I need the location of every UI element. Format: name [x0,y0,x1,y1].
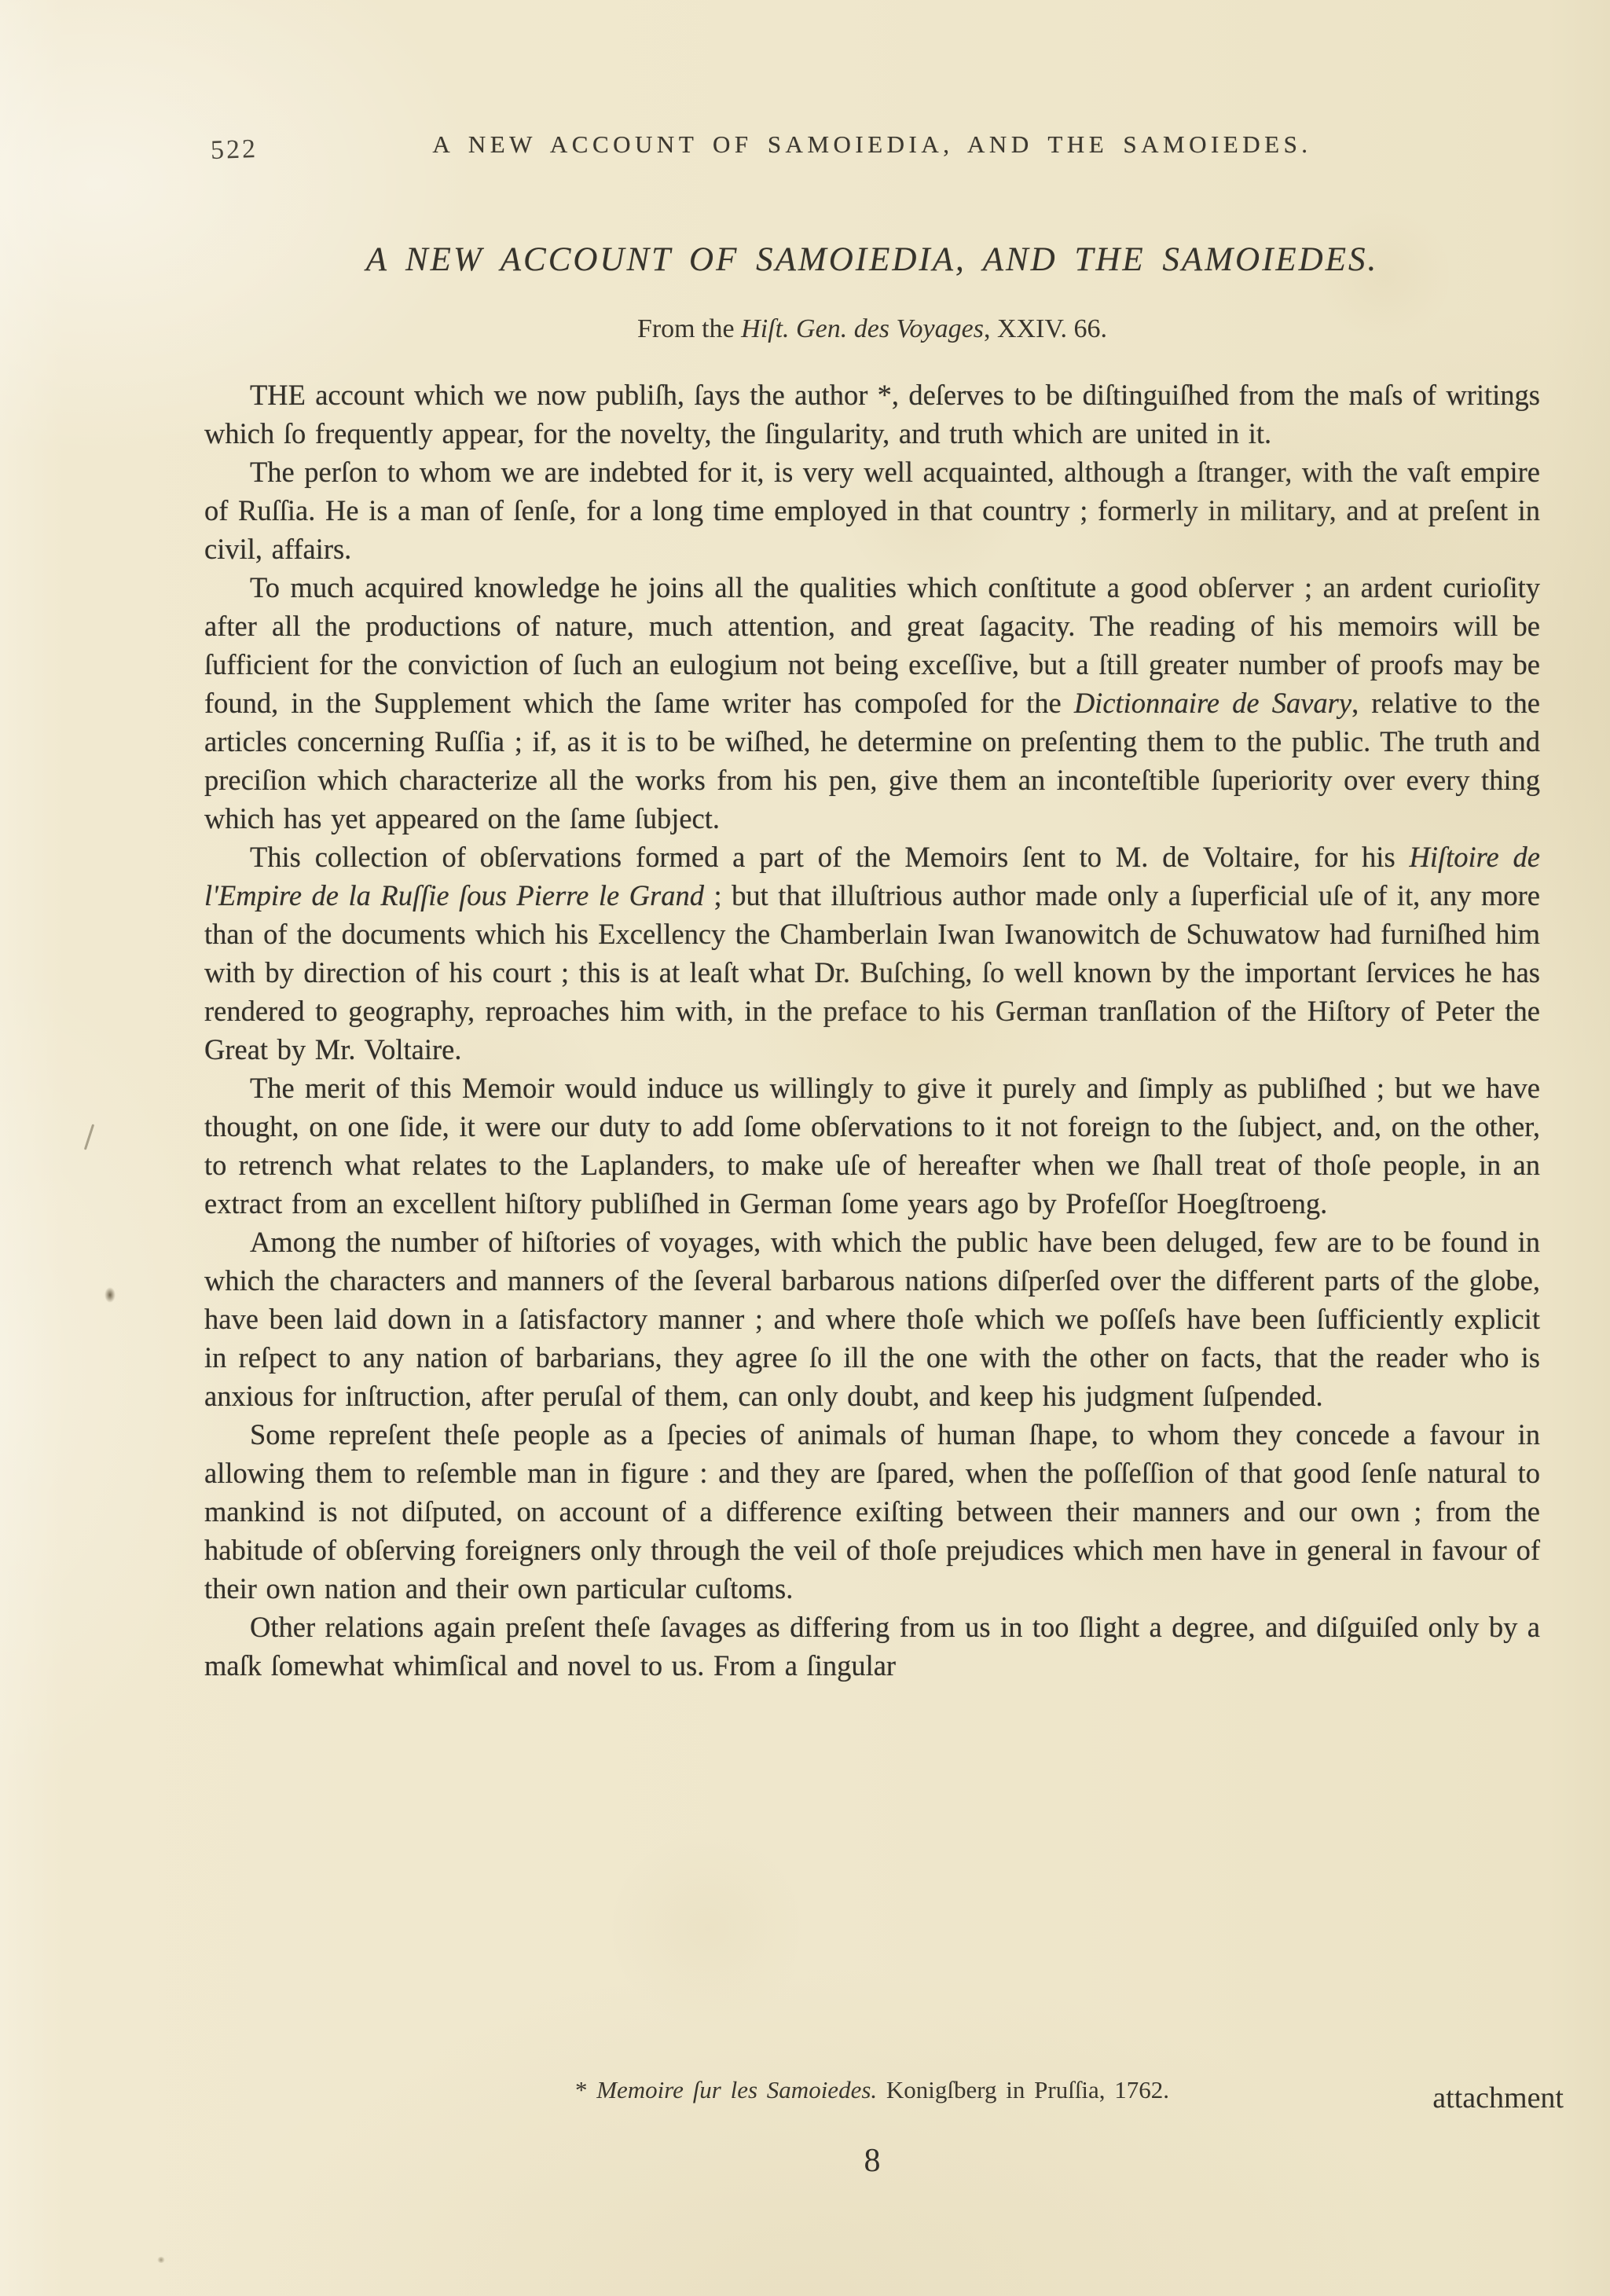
italic-text: Dictionnaire de Savary [1074,687,1351,719]
article-title: A NEW ACCOUNT OF SAMOIEDIA, AND THE SAMO… [204,240,1540,279]
page-header: 522 A NEW ACCOUNT OF SAMOIEDIA, AND THE … [204,130,1540,159]
text: Other relations again preſent theſe ſava… [204,1611,1540,1682]
ink-stain [105,1287,116,1303]
catchword: attachment [1304,2081,1564,2115]
pen-mark [84,1124,94,1150]
foxing-stain [746,927,1076,1131]
italic-text: Hiſt. Gen. des Voyages [741,314,984,343]
text: , XXIV. 66. [984,314,1107,343]
italic-text: Memoire ſur les Samoiedes. [596,2076,877,2103]
paragraph: Some repreſent theſe people as a ſpecies… [204,1415,1540,1608]
foxing-stain [1061,409,1469,660]
paragraph: Other relations again preſent theſe ſava… [204,1608,1540,1685]
running-title: A NEW ACCOUNT OF SAMOIEDIA, AND THE SAMO… [432,130,1311,158]
page-number: 522 [210,134,258,166]
text: From the [637,314,741,343]
book-page-scan: 522 A NEW ACCOUNT OF SAMOIEDIA, AND THE … [0,0,1610,2296]
signature-mark: 8 [204,2142,1540,2180]
paragraph: Among the number of hiſtories of voyages… [204,1223,1540,1415]
text: Among the number of hiſtories of voyages… [204,1226,1540,1412]
paper-speck [157,2257,165,2263]
text: This collection of obſervations formed a… [250,841,1409,873]
text: Some repreſent theſe people as a ſpecies… [204,1418,1540,1605]
text: * [575,2076,596,2103]
text: Konigſberg in Pruſſia, 1762. [877,2076,1169,2103]
source-citation: From the Hiſt. Gen. des Voyages, XXIV. 6… [204,314,1540,344]
